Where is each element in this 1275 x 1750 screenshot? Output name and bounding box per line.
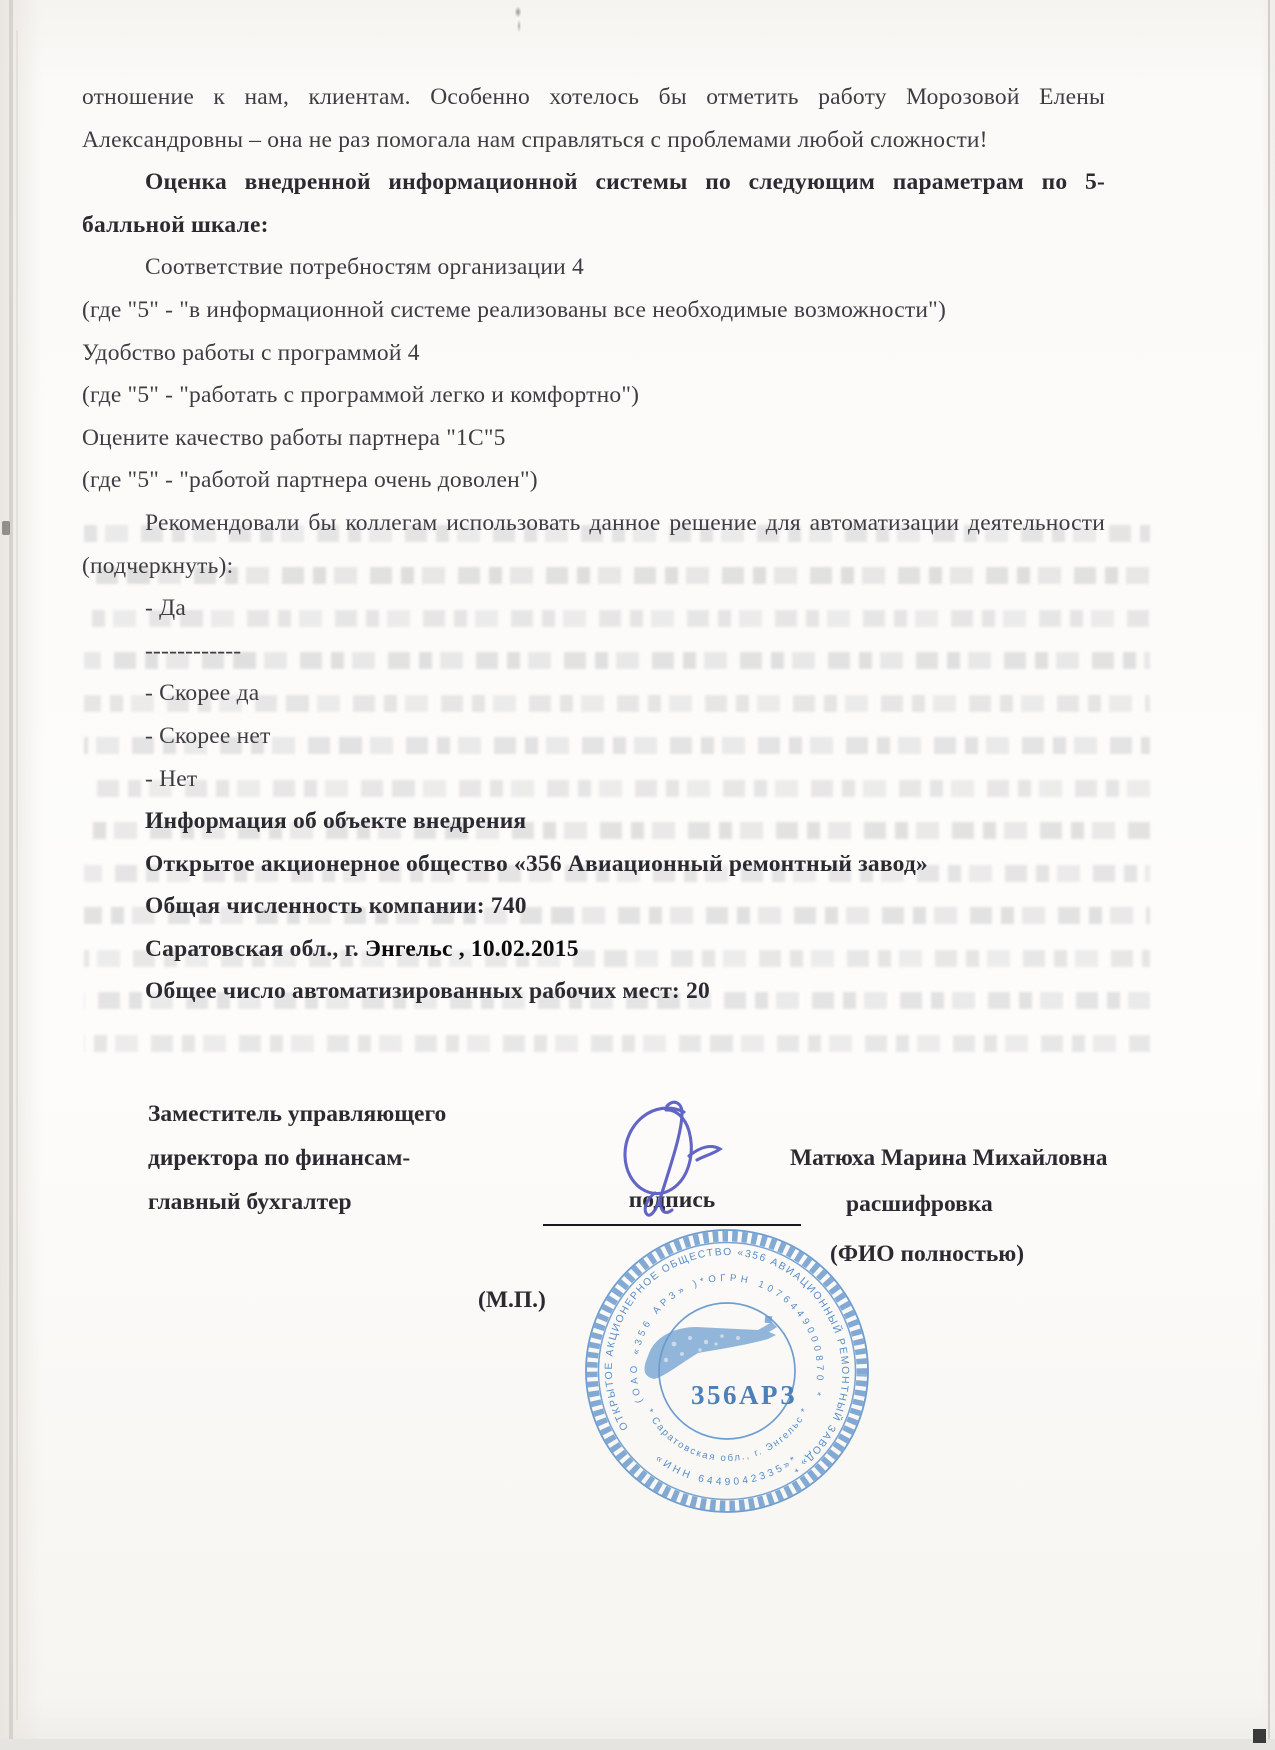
signatory-title-line-3: главный бухгалтер (148, 1188, 352, 1216)
document-lines: отношение к нам, клиентам. Особенно хоте… (82, 76, 1105, 1013)
document-line: - Да (82, 587, 1105, 630)
svg-text:ОТКРЫТОЕ АКЦИОНЕРНОЕ ОБЩЕСТВ: ОТКРЫТОЕ АКЦИОНЕРНОЕ ОБЩЕСТВО «356 АВИАЦ… (604, 1247, 850, 1474)
bleedthrough-line (84, 1035, 1150, 1052)
scan-edge-left (9, 0, 13, 1750)
scan-left-tick (2, 521, 10, 535)
handwritten-signature (596, 1096, 766, 1238)
stamp-place-caption: (М.П.) (478, 1286, 546, 1314)
document-line: балльной шкале: (82, 204, 1105, 247)
document-line: (где "5" - "работой партнера очень довол… (82, 459, 1105, 502)
document-line: Рекомендовали бы коллегам использовать д… (82, 502, 1105, 545)
document-line: Общая численность компании: 740 (82, 885, 1105, 928)
document-line: Саратовская обл., г. Энгельс , 10.02.201… (82, 928, 1105, 971)
document-line: Открытое акционерное общество «356 Авиац… (82, 843, 1105, 886)
document-line: Александровны – она не раз помогала нам … (82, 119, 1105, 162)
company-stamp: ОТКРЫТОЕ АКЦИОНЕРНОЕ ОБЩЕСТВО «356 АВИАЦ… (582, 1226, 872, 1516)
signatory-title-line-2: директора по финансам- (148, 1144, 410, 1172)
scan-edge-left-2 (16, 30, 18, 1720)
document-line: (где "5" - "в информационной системе реа… (82, 289, 1105, 332)
document-line: (где "5" - "работать с программой легко … (82, 374, 1105, 417)
signatory-full-name: Матюха Марина Михайловна (790, 1144, 1107, 1172)
scan-edge-right (1268, 0, 1270, 1750)
document-line: - Скорее нет (82, 715, 1105, 758)
document-line: Информация об объекте внедрения (82, 800, 1105, 843)
document-line: - Скорее да (82, 672, 1105, 715)
stamp-center-label: 356АРЗ (691, 1380, 797, 1410)
document-line: ------------ (82, 630, 1105, 673)
scan-corner-mark (1253, 1729, 1266, 1743)
rasshifrovka-caption: расшифровка (846, 1190, 993, 1218)
document-line: Удобство работы с программой 4 (82, 332, 1105, 375)
scanned-document-page: отношение к нам, клиентам. Особенно хоте… (0, 0, 1275, 1750)
svg-text:* Саратовская обл., г. Энгельс: * Саратовская обл., г. Энгельс * (644, 1407, 811, 1464)
stamp-city-text: * Саратовская обл., г. Энгельс * (644, 1407, 811, 1464)
document-line: отношение к нам, клиентам. Особенно хоте… (82, 76, 1105, 119)
stamp-outer-ring-text: ОТКРЫТОЕ АКЦИОНЕРНОЕ ОБЩЕСТВО «356 АВИАЦ… (604, 1247, 850, 1474)
document-line: Соответствие потребностям организации 4 (82, 246, 1105, 289)
document-line: Оцените качество работы партнера "1С"5 (82, 417, 1105, 460)
document-line: Оценка внедренной информационной системы… (82, 161, 1105, 204)
stamp-airplane-icon (644, 1316, 777, 1379)
scan-edge-bottom (0, 1739, 1275, 1750)
document-line: (подчеркнуть): (82, 545, 1105, 588)
document-line: - Нет (82, 758, 1105, 801)
signatory-title-line-1: Заместитель управляющего (148, 1100, 446, 1128)
document-line: Общее число автоматизированных рабочих м… (82, 970, 1105, 1013)
staple-mark (511, 4, 525, 34)
stamp-inner-circle (659, 1303, 795, 1439)
